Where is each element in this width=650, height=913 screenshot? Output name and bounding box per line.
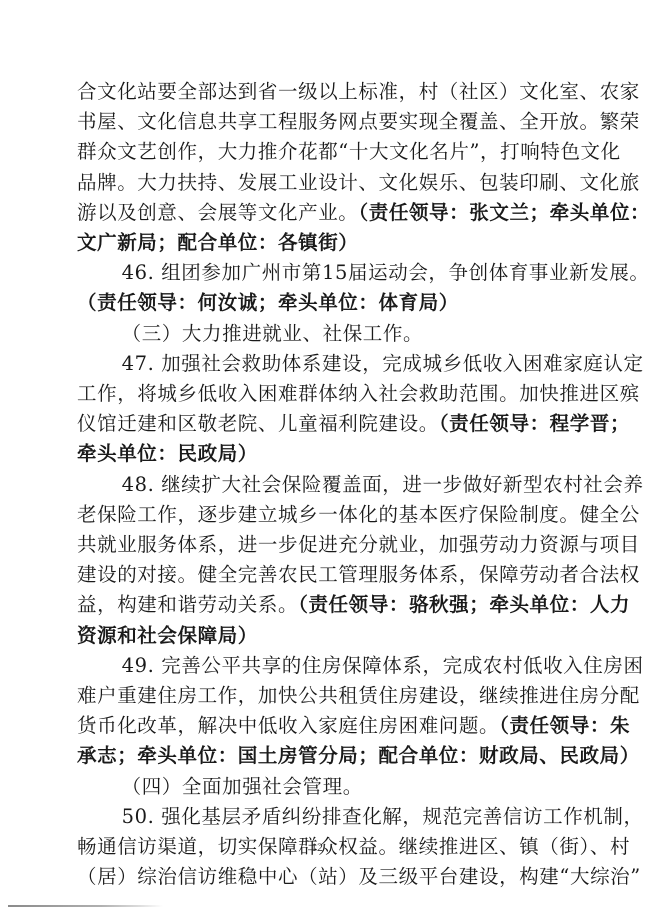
text-line: 仪馆迁建和区敬老院、儿童福利院建设。（责任领导：程学晋； xyxy=(77,409,569,439)
text-line: 游以及创意、会展等文化产业。（责任领导：张文兰；牵头单位： xyxy=(77,198,569,228)
body-segment: 品牌。大力扶持、发展工业设计、文化娱乐、包装印刷、文化旅 xyxy=(77,171,640,194)
responsibility-note: （责任领导：骆秋强；牵头单位：人力 xyxy=(298,593,630,616)
body-segment: 难户重建住房工作，加快公共租赁住房建设，继续推进住房分配 xyxy=(77,684,640,707)
text-line: 共就业服务体系，进一步促进充分就业，加强劳动力资源与项目 xyxy=(77,530,569,560)
text-line: （四）全面加强社会管理。 xyxy=(122,772,569,802)
text-line: 合文化站要全部达到省一级以上标准，村（社区）文化室、农家 xyxy=(77,77,569,107)
body-segment: 群众文艺创作，大力推介花都“十大文化名片”，打响特色文化 xyxy=(77,140,621,163)
body-segment: 畅通信访渠道，切实保障群众权益。继续推进区、镇（街）、村 xyxy=(77,835,630,858)
text-line: 货币化改革，解决中低收入家庭住房困难问题。（责任领导：朱 xyxy=(77,711,569,741)
body-segment: 50. 强化基层矛盾纠纷排查化解，规范完善信访工作机制， xyxy=(122,805,644,828)
text-line: 47. 加强社会救助体系建设，完成城乡低收入困难家庭认定 xyxy=(122,349,569,379)
text-line: 工作，将城乡低收入困难群体纳入社会救助范围。加快推进区殡 xyxy=(77,379,569,409)
body-segment: 47. 加强社会救助体系建设，完成城乡低收入困难家庭认定 xyxy=(122,352,644,375)
responsibility-note: 牵头单位：民政局） xyxy=(77,442,258,465)
text-line: 资源和社会保障局） xyxy=(77,621,569,651)
text-line: 49. 完善公平共享的住房保障体系，完成农村低收入住房困 xyxy=(122,651,569,681)
body-segment: 48. 继续扩大社会保险覆盖面，进一步做好新型农村社会养 xyxy=(122,473,644,496)
body-segment: 49. 完善公平共享的住房保障体系，完成农村低收入住房困 xyxy=(122,654,644,677)
text-line: 群众文艺创作，大力推介花都“十大文化名片”，打响特色文化 xyxy=(77,137,569,167)
responsibility-note: （责任领导：何汝诚；牵头单位：体育局） xyxy=(77,291,459,314)
text-line: 书屋、文化信息共享工程服务网点要实现全覆盖、全开放。繁荣 xyxy=(77,107,569,137)
text-line: （居）综治信访维稳中心（站）及三级平台建设，构建“大综治” xyxy=(77,862,569,892)
page-number: 12 xyxy=(300,840,334,855)
body-segment: 益，构建和谐劳动关系。 xyxy=(77,593,298,616)
scan-edge-artifact xyxy=(8,905,163,907)
body-segment: 合文化站要全部达到省一级以上标准，村（社区）文化室、农家 xyxy=(77,80,640,103)
body-segment: 工作，将城乡低收入困难群体纳入社会救助范围。加快推进区殡 xyxy=(77,382,640,405)
text-line: （责任领导：何汝诚；牵头单位：体育局） xyxy=(77,288,569,318)
text-line: 46. 组团参加广州市第15届运动会，争创体育事业新发展。 xyxy=(122,258,569,288)
document-page: 合文化站要全部达到省一级以上标准，村（社区）文化室、农家书屋、文化信息共享工程服… xyxy=(0,0,650,913)
responsibility-note: 资源和社会保障局） xyxy=(77,624,258,647)
body-segment: 共就业服务体系，进一步促进充分就业，加强劳动力资源与项目 xyxy=(77,533,640,556)
body-segment: 老保险工作，逐步建立城乡一体化的基本医疗保险制度。健全公 xyxy=(77,503,640,526)
text-line: （三）大力推进就业、社保工作。 xyxy=(122,319,569,349)
body-segment: 建设的对接。健全完善农民工管理服务体系，保障劳动者合法权 xyxy=(77,563,640,586)
body-segment: 书屋、文化信息共享工程服务网点要实现全覆盖、全开放。繁荣 xyxy=(77,110,640,133)
text-line: 承志；牵头单位：国土房管分局；配合单位：财政局、民政局） xyxy=(77,741,569,771)
responsibility-note: （责任领导：朱 xyxy=(499,714,630,737)
text-line: 牵头单位：民政局） xyxy=(77,439,569,469)
text-line: 48. 继续扩大社会保险覆盖面，进一步做好新型农村社会养 xyxy=(122,470,569,500)
text-line: 文广新局；配合单位：各镇街） xyxy=(77,228,569,258)
body-segment: 货币化改革，解决中低收入家庭住房困难问题。 xyxy=(77,714,499,737)
responsibility-note: 文广新局；配合单位：各镇街） xyxy=(77,231,358,254)
text-line: 50. 强化基层矛盾纠纷排查化解，规范完善信访工作机制， xyxy=(122,802,569,832)
text-line: 难户重建住房工作，加快公共租赁住房建设，继续推进住房分配 xyxy=(77,681,569,711)
body-segment: （居）综治信访维稳中心（站）及三级平台建设，构建“大综治” xyxy=(77,865,641,888)
body-segment: （三）大力推进就业、社保工作。 xyxy=(122,322,424,345)
responsibility-note: （责任领导：程学晋； xyxy=(439,412,630,435)
body-segment: 游以及创意、会展等文化产业。 xyxy=(77,201,358,224)
text-line: 品牌。大力扶持、发展工业设计、文化娱乐、包装印刷、文化旅 xyxy=(77,168,569,198)
body-segment: 46. 组团参加广州市第15届运动会，争创体育事业新发展。 xyxy=(122,261,650,284)
body-segment: （四）全面加强社会管理。 xyxy=(122,775,363,798)
text-line: 建设的对接。健全完善农民工管理服务体系，保障劳动者合法权 xyxy=(77,560,569,590)
responsibility-note: （责任领导：张文兰；牵头单位： xyxy=(358,201,650,224)
body-segment: 仪馆迁建和区敬老院、儿童福利院建设。 xyxy=(77,412,439,435)
text-line: 老保险工作，逐步建立城乡一体化的基本医疗保险制度。健全公 xyxy=(77,500,569,530)
text-line: 益，构建和谐劳动关系。（责任领导：骆秋强；牵头单位：人力 xyxy=(77,590,569,620)
responsibility-note: 承志；牵头单位：国土房管分局；配合单位：财政局、民政局） xyxy=(77,744,640,767)
